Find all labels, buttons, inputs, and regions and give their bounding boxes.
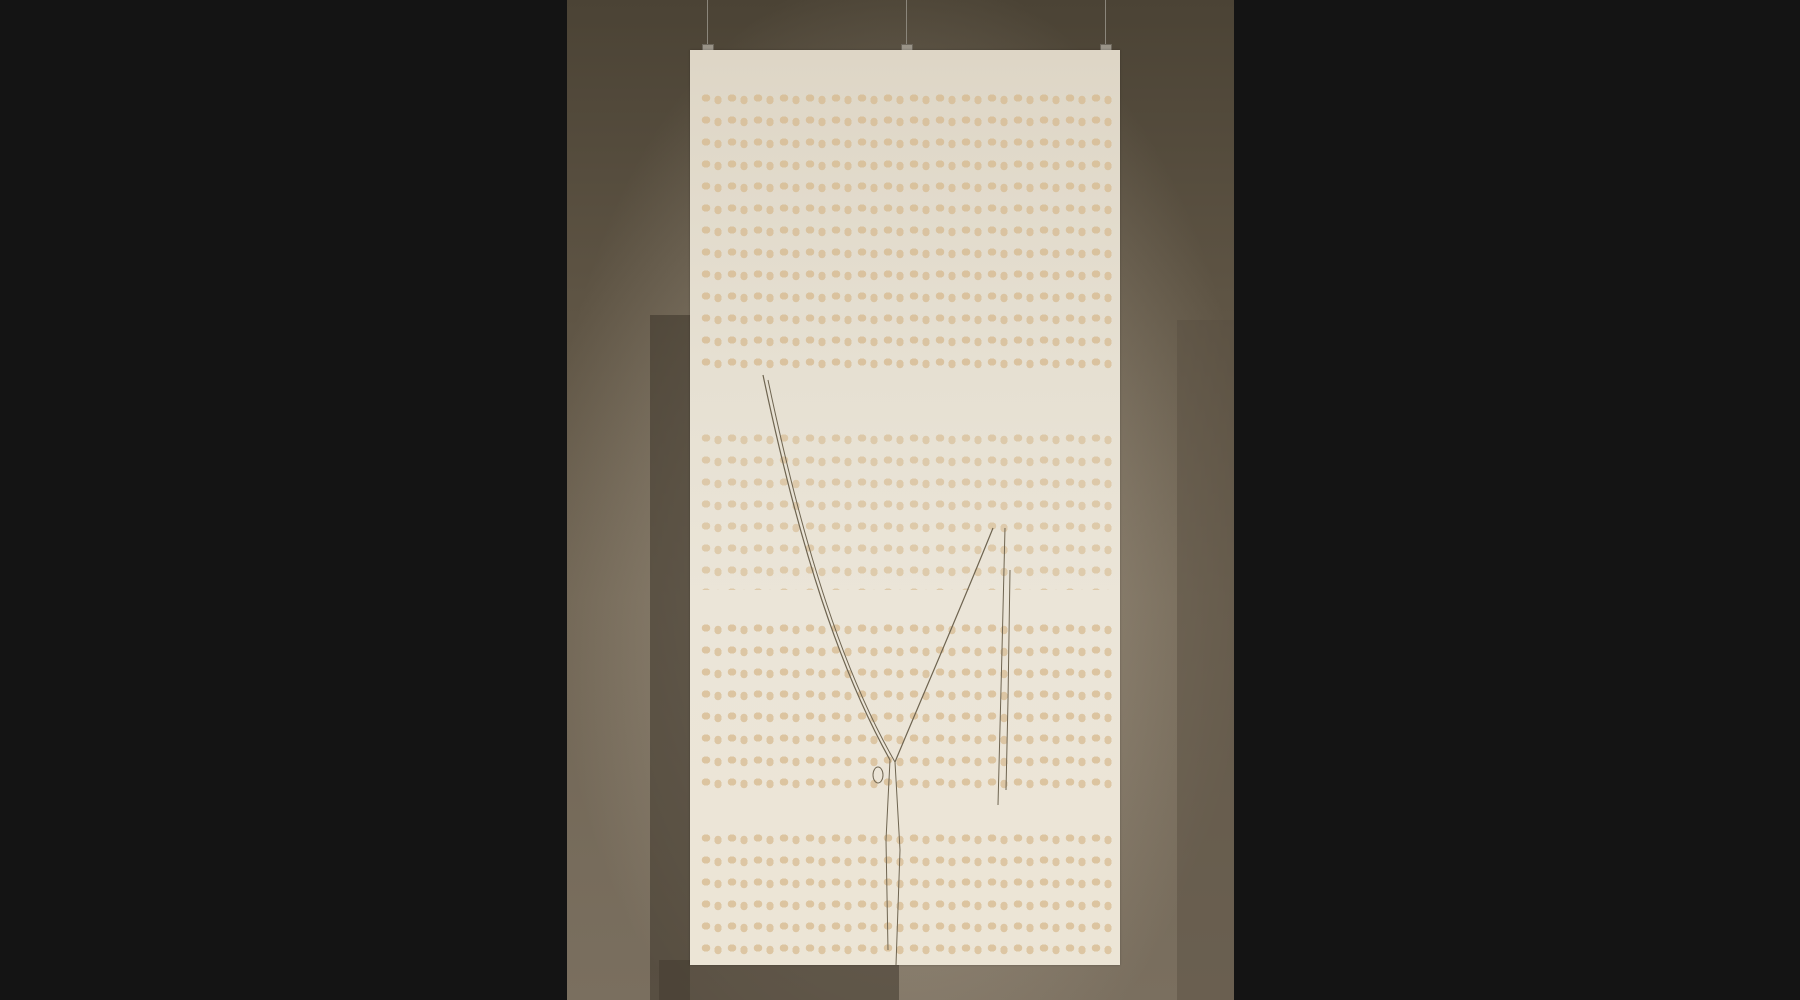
script-block — [698, 620, 1112, 800]
paper-shadow-right — [1177, 320, 1234, 1000]
hanging-wire — [1105, 0, 1106, 48]
script-block — [698, 430, 1112, 590]
paper-shadow-left — [650, 315, 690, 1000]
script-block — [698, 90, 1112, 380]
artwork-photo — [567, 0, 1234, 1000]
script-block — [698, 830, 1112, 955]
paper-sheet — [690, 50, 1120, 965]
hanging-wire — [707, 0, 708, 48]
paper-shadow-bottom — [659, 960, 899, 1000]
hanging-wire — [906, 0, 907, 48]
